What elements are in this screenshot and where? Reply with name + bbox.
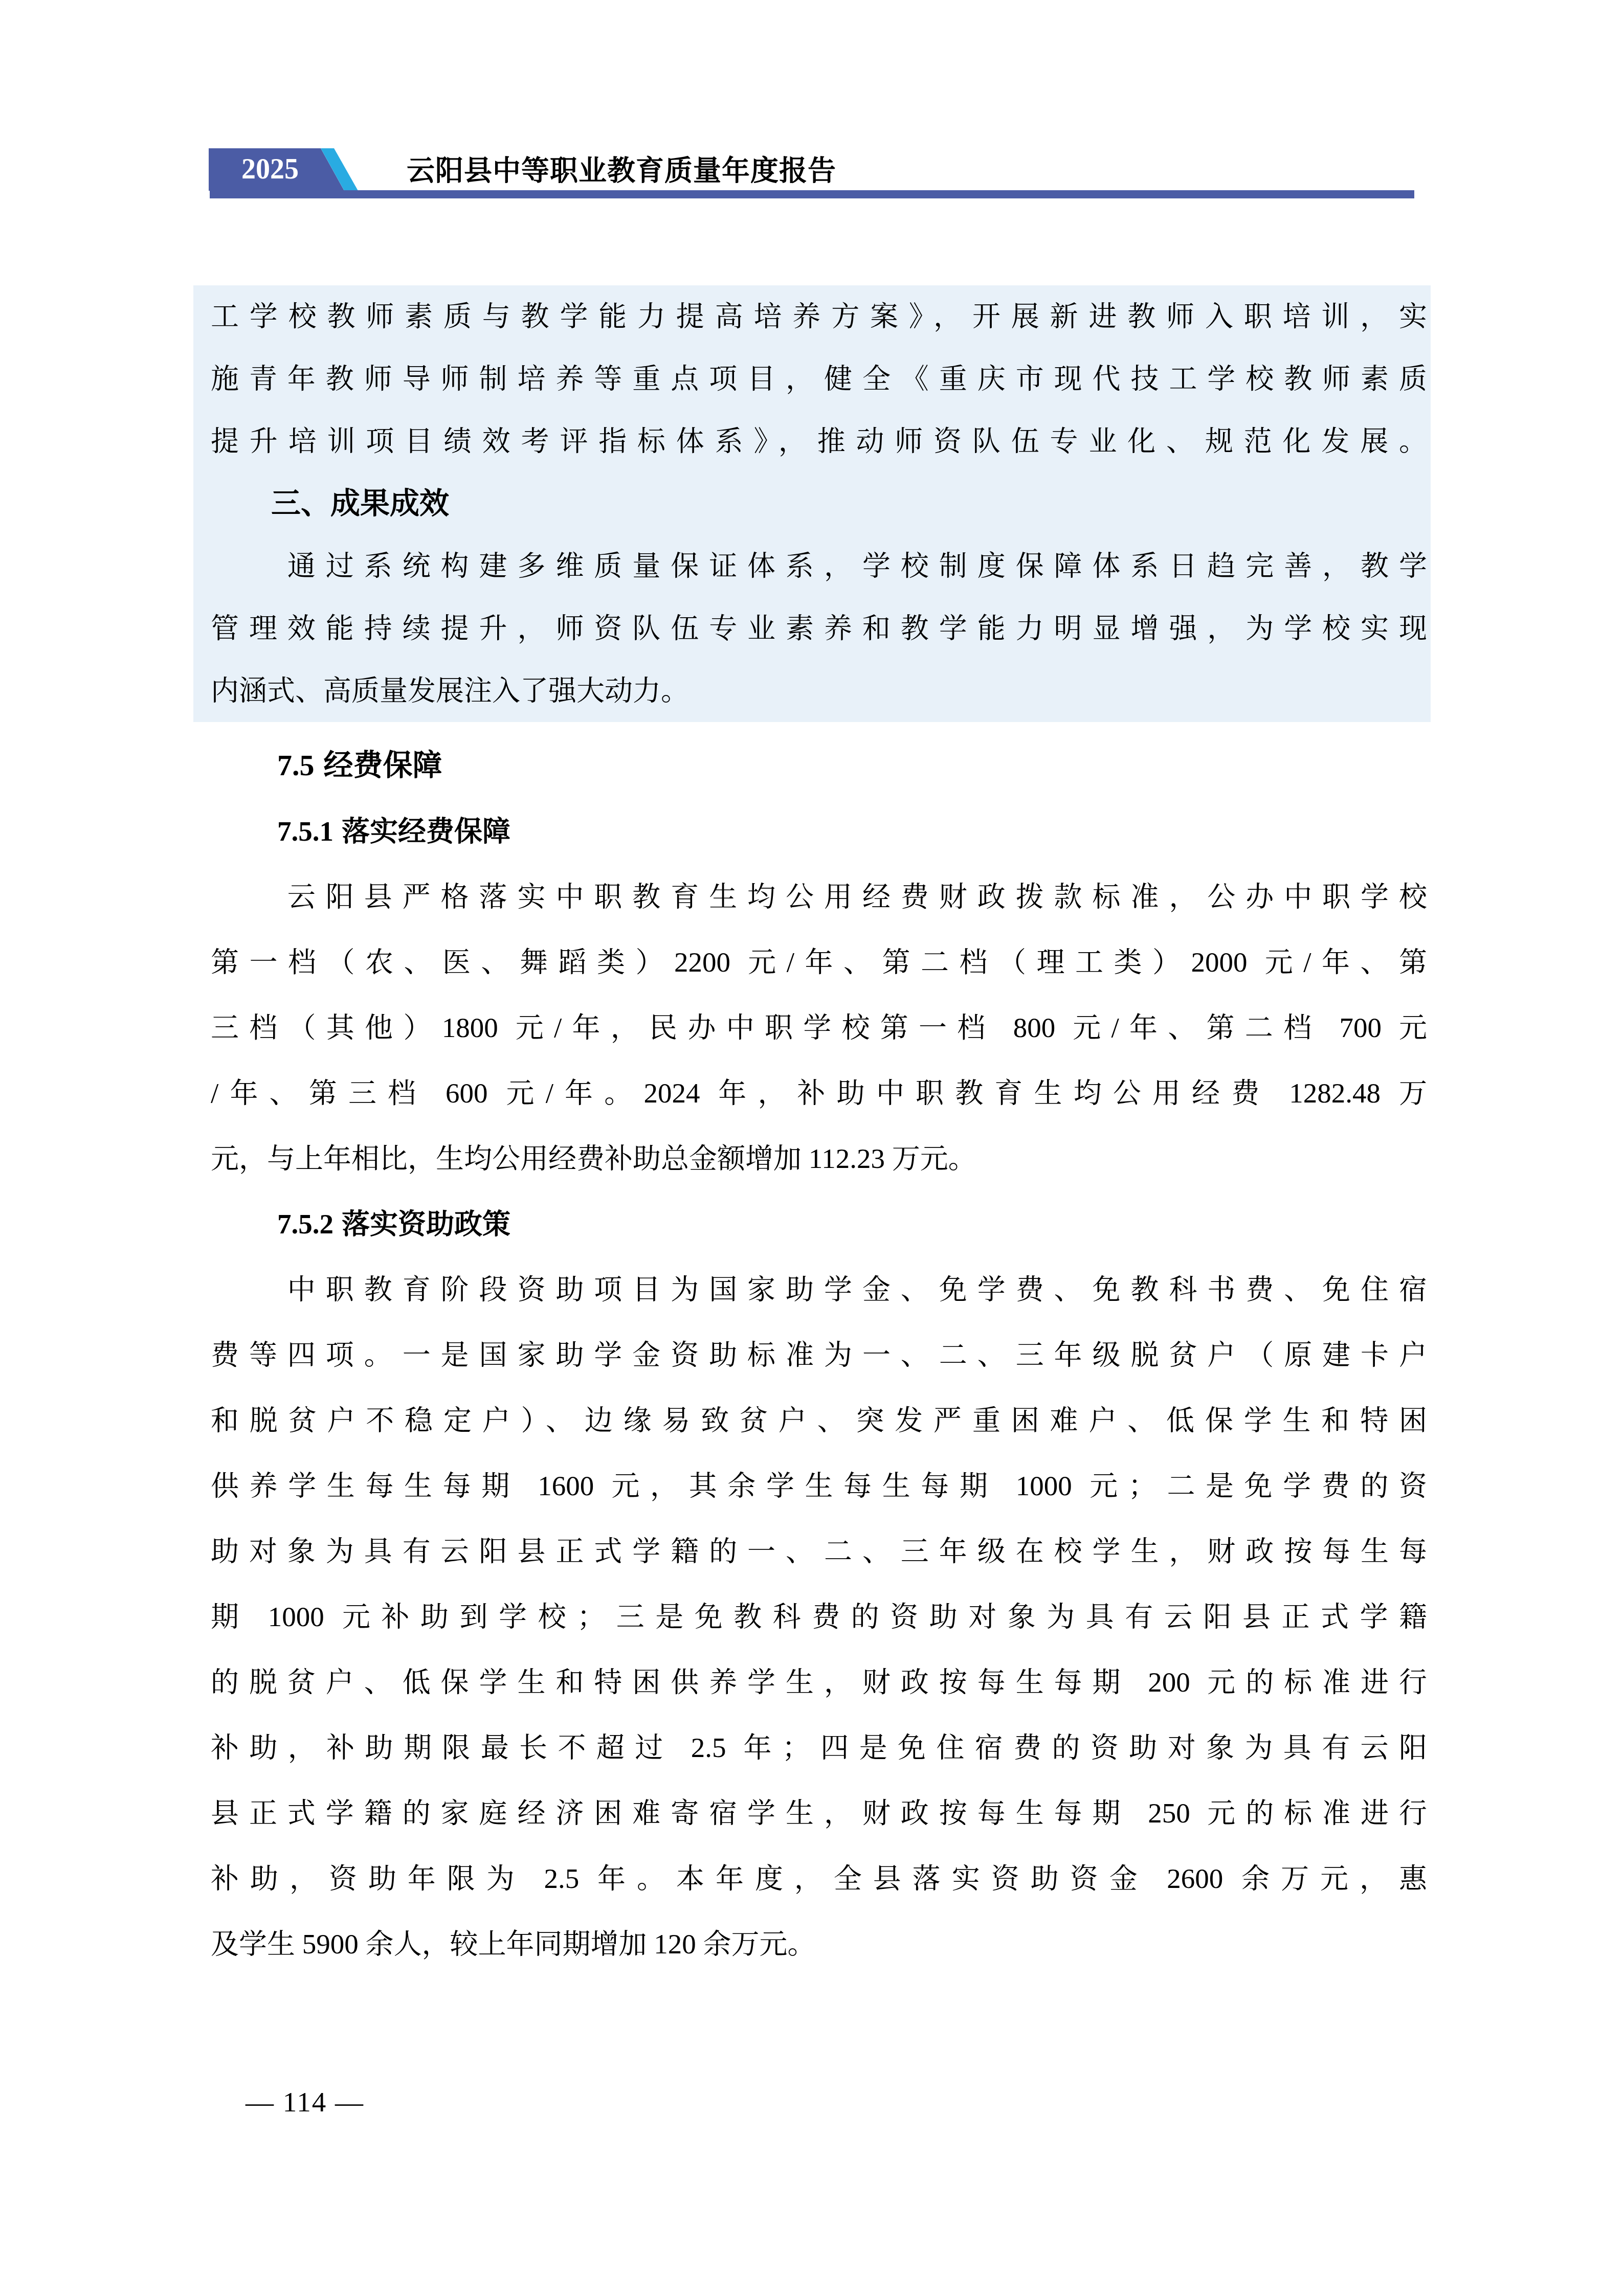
- text-line: 和脱贫户不稳定户）、边缘易致贫户、突发严重困难户、低保学生和特困: [211, 1388, 1427, 1453]
- text-line: 补助，资助年限为 2.5 年。本年度，全县落实资助资金 2600 余万元，惠: [211, 1846, 1427, 1911]
- text-line: 及学生 5900 余人，较上年同期增加 120 余万元。: [211, 1911, 1427, 1977]
- text-line: 的脱贫户、低保学生和特困供养学生，财政按每生每期 200 元的标准进行: [211, 1650, 1427, 1715]
- heading-achievements: 三、成果成效: [211, 472, 1427, 535]
- text-line: 施青年教师导师制培养等重点项目，健全《重庆市现代技工学校教师素质: [211, 348, 1427, 410]
- text-line: 期 1000 元补助到学校；三是免教科费的资助对象为具有云阳县正式学籍: [211, 1584, 1427, 1650]
- text-line: 三档（其他）1800 元/年，民办中职学校第一档 800 元/年、第二档 700…: [211, 995, 1427, 1061]
- report-title: 云阳县中等职业教育质量年度报告: [407, 148, 836, 191]
- heading-7-5-2: 7.5.2落实资助政策: [211, 1191, 1427, 1257]
- heading-7-5-number: 7.5: [277, 749, 315, 782]
- text-line: 费等四项。一是国家助学金资助标准为一、二、三年级脱贫户（原建卡户: [211, 1322, 1427, 1388]
- text-line: 第一档（农、医、舞蹈类）2200 元/年、第二档（理工类）2000 元/年、第: [211, 930, 1427, 995]
- text-line: 通过系统构建多维质量保证体系，学校制度保障体系日趋完善，教学: [211, 535, 1427, 597]
- heading-7-5-1: 7.5.1落实经费保障: [211, 799, 1427, 864]
- heading-7-5-2-number: 7.5.2: [277, 1208, 333, 1240]
- text-line: 提升培训项目绩效考评指标体系》，推动师资队伍专业化、规范化发展。: [211, 410, 1427, 472]
- paragraph-funding-guarantee: 云阳县严格落实中职教育生均公用经费财政拨款标准，公办中职学校第一档（农、医、舞蹈…: [211, 864, 1427, 1191]
- text-line: 供养学生每生每期 1600 元，其余学生每生每期 1000 元；二是免学费的资: [211, 1453, 1427, 1519]
- paragraph-teacher-training: 工学校教师素质与教学能力提高培养方案》，开展新进教师入职培训，实施青年教师导师制…: [211, 285, 1427, 472]
- header-divider-bar: [210, 190, 1414, 198]
- heading-7-5-label: 经费保障: [324, 749, 442, 782]
- year-badge-label: 2025: [209, 148, 331, 191]
- paragraph-subsidy-policy: 中职教育阶段资助项目为国家助学金、免学费、免教科书费、免住宿费等四项。一是国家助…: [211, 1257, 1427, 1977]
- document-page: 2025 云阳县中等职业教育质量年度报告 工学校教师素质与教学能力提高培养方案》…: [0, 0, 1624, 2296]
- content-column: 工学校教师素质与教学能力提高培养方案》，开展新进教师入职培训，实施青年教师导师制…: [211, 285, 1427, 1977]
- text-line: 管理效能持续提升，师资队伍专业素养和教学能力明显增强，为学校实现: [211, 597, 1427, 660]
- heading-7-5-2-label: 落实资助政策: [342, 1208, 510, 1240]
- highlighted-block: 工学校教师素质与教学能力提高培养方案》，开展新进教师入职培训，实施青年教师导师制…: [193, 285, 1431, 722]
- heading-7-5-1-label: 落实经费保障: [342, 816, 510, 847]
- text-line: 县正式学籍的家庭经济困难寄宿学生，财政按每生每期 250 元的标准进行: [211, 1781, 1427, 1846]
- text-line: 元，与上年相比，生均公用经费补助总金额增加 112.23 万元。: [211, 1126, 1427, 1191]
- heading-7-5: 7.5经费保障: [211, 732, 1427, 799]
- text-line: 中职教育阶段资助项目为国家助学金、免学费、免教科书费、免住宿: [211, 1257, 1427, 1322]
- text-line: 工学校教师素质与教学能力提高培养方案》，开展新进教师入职培训，实: [211, 285, 1427, 348]
- text-line: 内涵式、高质量发展注入了强大动力。: [211, 660, 1427, 722]
- text-line: 补助，补助期限最长不超过 2.5 年；四是免住宿费的资助对象为具有云阳: [211, 1715, 1427, 1781]
- year-badge: 2025: [209, 148, 358, 191]
- heading-7-5-1-number: 7.5.1: [277, 816, 333, 847]
- paragraph-achievements: 通过系统构建多维质量保证体系，学校制度保障体系日趋完善，教学管理效能持续提升，师…: [211, 535, 1427, 722]
- text-line: 云阳县严格落实中职教育生均公用经费财政拨款标准，公办中职学校: [211, 864, 1427, 930]
- text-line: /年、第三档 600 元/年。2024 年，补助中职教育生均公用经费 1282.…: [211, 1061, 1427, 1126]
- text-line: 助对象为具有云阳县正式学籍的一、二、三年级在校学生，财政按每生每: [211, 1519, 1427, 1584]
- page-number: — 114 —: [246, 2086, 364, 2118]
